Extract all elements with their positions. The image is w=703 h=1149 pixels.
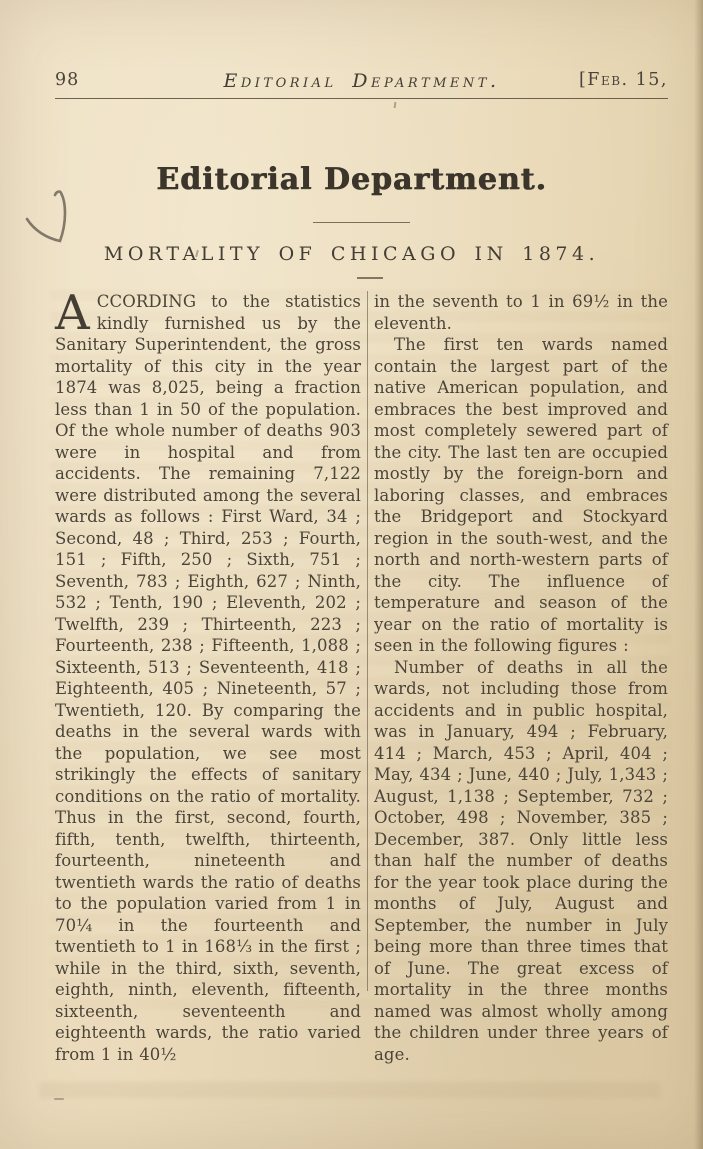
article-title: MORTALITY OF CHICAGO IN 1874. <box>0 243 703 265</box>
article-body: ACCORDING to the statistics kindly furni… <box>55 291 668 1065</box>
paragraph: The first ten wards named contain the la… <box>374 334 668 657</box>
divider-rule <box>313 222 410 223</box>
scanned-journal-page: 98 Editorial Department. [Feb. 15, Edito… <box>0 0 703 1149</box>
paragraph: Number of deaths in all the wards, not i… <box>374 657 668 1066</box>
left-column: ACCORDING to the statistics kindly furni… <box>55 291 361 1065</box>
right-column: in the seventh to 1 in 69½ in the eleven… <box>374 291 668 1065</box>
header-rule <box>55 98 668 99</box>
drop-cap: A <box>55 291 97 332</box>
opening-paragraph: ACCORDING to the statistics kindly furni… <box>55 291 361 1065</box>
pencil-dash-mark <box>54 1098 64 1100</box>
continuation-text: in the seventh to 1 in 69½ in the eleven… <box>374 291 668 334</box>
column-divider-rule <box>367 291 368 991</box>
running-title: Editorial Department. <box>55 70 668 92</box>
issue-date: [Feb. 15, <box>579 70 668 90</box>
title-underline-rule <box>357 277 383 279</box>
pencil-checkmark-annotation <box>20 188 90 250</box>
paragraph-text: CCORDING to the statistics kindly furnis… <box>55 292 361 1064</box>
reverse-page-bleedthrough-bottom <box>40 1082 660 1098</box>
page-header: 98 Editorial Department. [Feb. 15, <box>55 70 668 94</box>
page-edge-shadow <box>694 0 703 1149</box>
section-title: Editorial Department. <box>0 162 703 197</box>
scan-artifact-mark <box>394 102 397 108</box>
